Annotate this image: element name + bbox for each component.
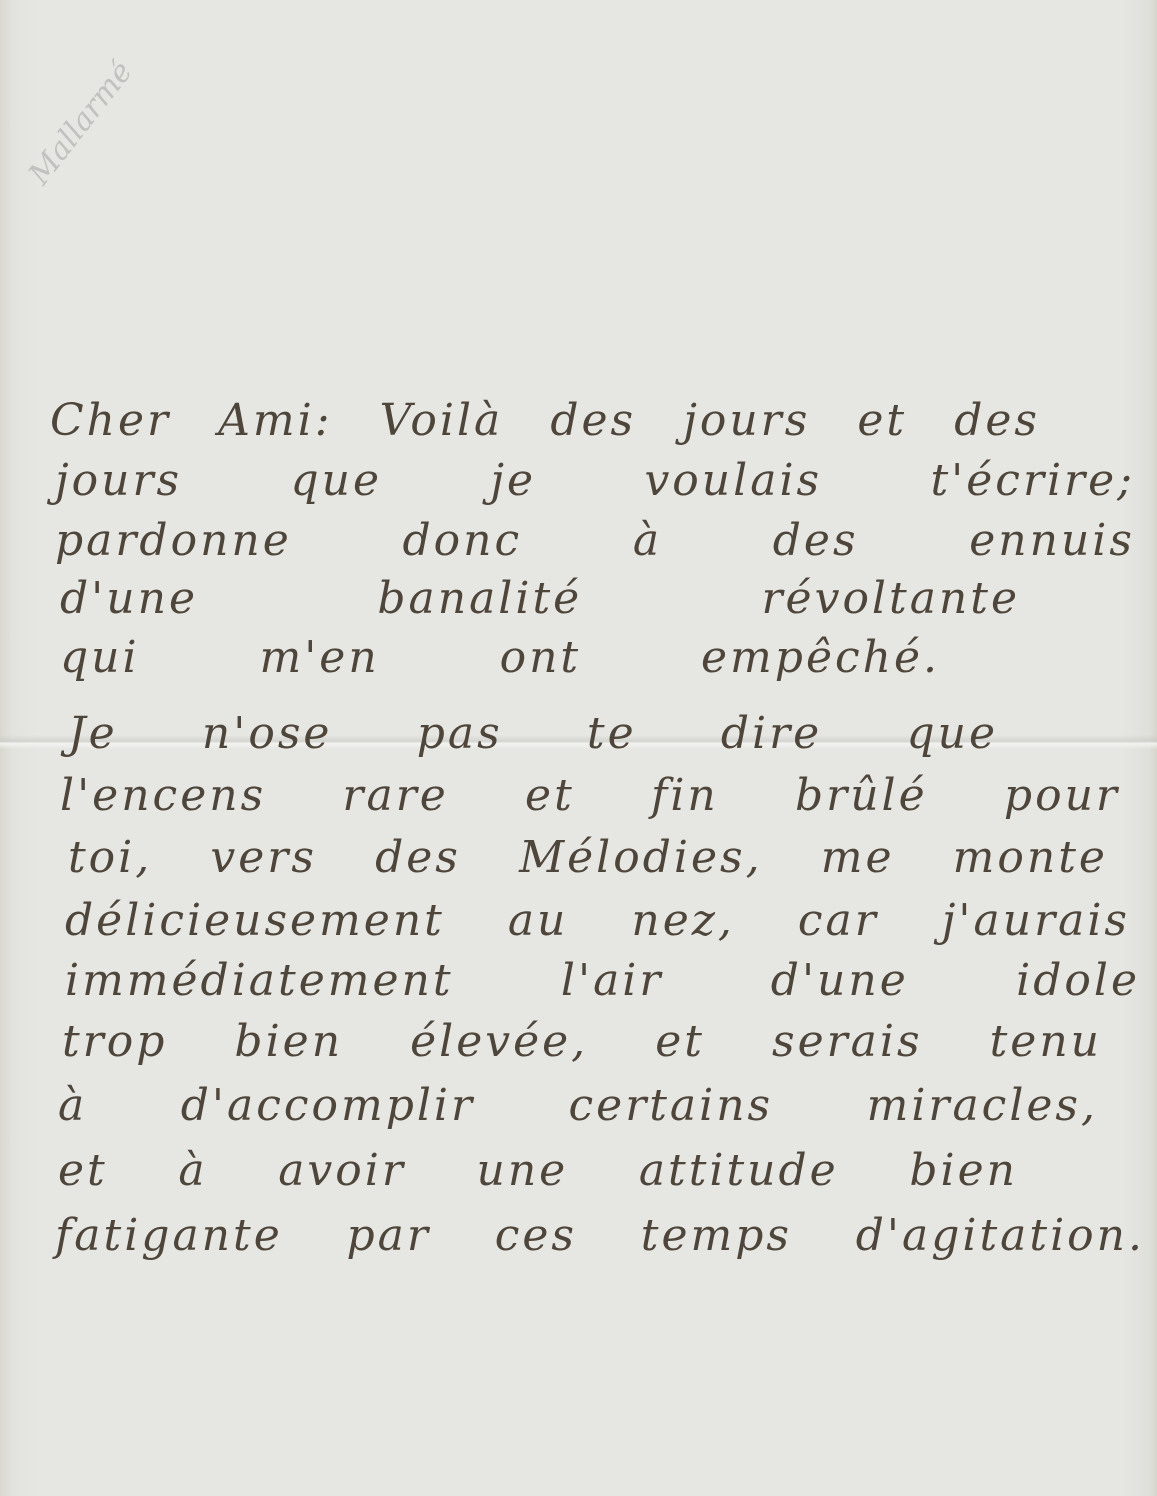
word: qui — [60, 632, 140, 683]
word: banalité — [377, 573, 582, 624]
letter-line-10: immédiatement l'air d'une idole — [65, 955, 1140, 1006]
word: des — [375, 832, 461, 883]
word: d'agitation. — [856, 1210, 1145, 1261]
word: d'accomplir — [181, 1080, 475, 1131]
word: au — [508, 895, 569, 946]
word: que — [290, 455, 382, 506]
letter-line-4: d'une banalité révoltante — [60, 573, 1020, 624]
word: t'écrire; — [930, 455, 1134, 506]
word: Je — [68, 708, 118, 759]
word: délicieusement — [65, 895, 445, 946]
word: j'aurais — [942, 895, 1130, 946]
word: et — [655, 1016, 705, 1067]
word: empêché. — [701, 632, 940, 683]
word: tenu — [990, 1016, 1102, 1067]
word: pour — [1004, 770, 1120, 821]
word: l'encens — [60, 770, 266, 821]
word: à — [178, 1145, 207, 1196]
word: Voilà — [380, 395, 504, 446]
word: temps — [641, 1210, 792, 1261]
letter-line-13: et à avoir une attitude bien — [58, 1145, 1018, 1196]
word: certains — [569, 1080, 774, 1131]
word: monte — [953, 832, 1108, 883]
word: me — [821, 832, 895, 883]
word: bien — [909, 1145, 1018, 1196]
word: d'une — [771, 955, 909, 1006]
word: car — [798, 895, 879, 946]
letter-line-6: Je n'ose pas te dire que — [68, 708, 998, 759]
word: Ami: — [218, 395, 332, 446]
letter-line-8: toi, vers des Mélodies, me monte — [68, 832, 1108, 883]
word: rare — [342, 770, 448, 821]
word: miracles, — [867, 1080, 1098, 1131]
word: fin — [651, 770, 719, 821]
word: à — [633, 515, 662, 566]
word: et — [857, 395, 907, 446]
letter-line-9: délicieusement au nez, car j'aurais — [65, 895, 1130, 946]
pencil-margin-note: Mallarmé — [22, 55, 140, 192]
word: jours — [683, 395, 810, 446]
word: une — [476, 1145, 568, 1196]
letter-line-11: trop bien élevée, et serais tenu — [62, 1016, 1102, 1067]
word: serais — [772, 1016, 923, 1067]
word: donc — [403, 515, 523, 566]
letter-page: Mallarmé Cher Ami: Voilà des jours et de… — [0, 0, 1157, 1496]
word: m'en — [259, 632, 379, 683]
word: trop — [62, 1016, 167, 1067]
letter-line-14: fatigante par ces temps d'agitation. — [55, 1210, 1145, 1261]
word: Cher — [50, 395, 171, 446]
word: pardonne — [55, 515, 292, 566]
word: ennuis — [969, 515, 1135, 566]
word: vers — [210, 832, 317, 883]
word: ces — [495, 1210, 577, 1261]
word: brûlé — [795, 770, 928, 821]
word: attitude — [639, 1145, 839, 1196]
word: Mélodies, — [519, 832, 763, 883]
word: et — [58, 1145, 108, 1196]
word: révoltante — [762, 573, 1020, 624]
word: des — [954, 395, 1040, 446]
word: à — [58, 1080, 87, 1131]
word: te — [587, 708, 637, 759]
word: je — [490, 455, 536, 506]
letter-line-12: à d'accomplir certains miracles, — [58, 1080, 1098, 1131]
word: jours — [55, 455, 182, 506]
word: immédiatement — [65, 955, 454, 1006]
letter-line-7: l'encens rare et fin brûlé pour — [60, 770, 1120, 821]
word: pas — [417, 708, 503, 759]
word: avoir — [278, 1145, 406, 1196]
word: bien — [234, 1016, 343, 1067]
word: idole — [1016, 955, 1140, 1006]
word: n'ose — [202, 708, 333, 759]
word: fatigante — [55, 1210, 283, 1261]
word: voulais — [644, 455, 822, 506]
word: des — [550, 395, 636, 446]
letter-line-2: jours que je voulais t'écrire; — [55, 455, 1135, 506]
word: nez, — [631, 895, 735, 946]
word: que — [906, 708, 998, 759]
word: l'air — [561, 955, 664, 1006]
letter-line-5: qui m'en ont empêché. — [60, 632, 940, 683]
word: ont — [500, 632, 582, 683]
letter-line-1: Cher Ami: Voilà des jours et des — [50, 395, 1040, 446]
word: élevée, — [410, 1016, 588, 1067]
word: toi, — [68, 832, 152, 883]
word: d'une — [60, 573, 198, 624]
word: par — [347, 1210, 431, 1261]
word: des — [773, 515, 859, 566]
letter-line-3: pardonne donc à des ennuis — [55, 515, 1135, 566]
word: dire — [721, 708, 822, 759]
word: et — [525, 770, 575, 821]
